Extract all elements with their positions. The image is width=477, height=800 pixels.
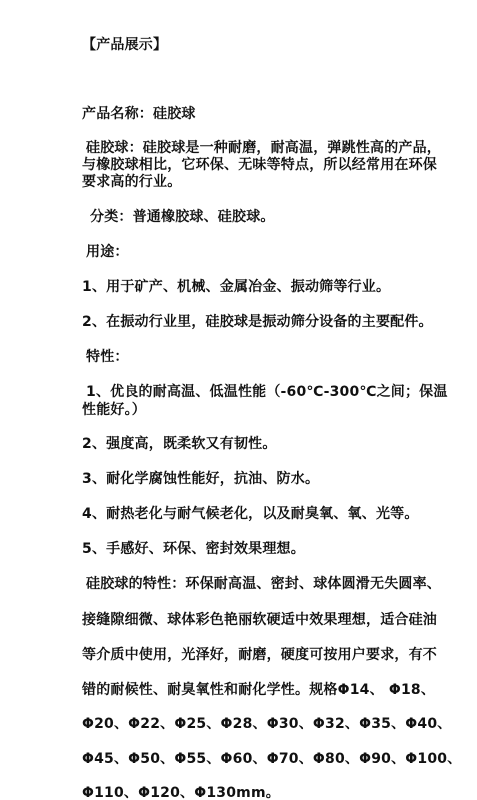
- feature-item: 1、优良的耐高温、低温性能（-60℃-300℃之间；保温: [86, 384, 448, 401]
- feature-item: 性能好。）: [82, 402, 146, 419]
- summary-line: 错的耐候性、耐臭氧性和耐化学性。规格Φ14、 Φ18、: [82, 682, 435, 699]
- summary-line: Φ110、Φ120、Φ130mm。: [82, 785, 280, 800]
- usage-item: 1、用于矿产、机械、金属冶金、振动筛等行业。: [82, 279, 390, 296]
- usage-heading: 用途：: [86, 244, 129, 261]
- summary-line: 接缝隙细微、球体彩色艳丽软硬适中效果理想，适合硅油: [82, 612, 437, 629]
- summary-line: Φ45、Φ50、Φ55、Φ60、Φ70、Φ80、Φ90、Φ100、: [82, 751, 461, 768]
- intro-line: 要求高的行业。: [82, 174, 181, 191]
- feature-item: 2、强度高，既柔软又有韧性。: [82, 436, 277, 453]
- feature-item: 3、耐化学腐蚀性能好，抗油、防水。: [82, 471, 319, 488]
- feature-item: 4、耐热老化与耐气候老化，以及耐臭氧、氧、光等。: [82, 506, 419, 523]
- summary-line: 硅胶球的特性：环保耐高温、密封、球体圆滑无失圆率、: [86, 576, 441, 593]
- category-text: 分类：普通橡胶球、硅胶球。: [90, 209, 275, 226]
- product-name: 产品名称：硅胶球: [82, 106, 196, 123]
- intro-line: 与橡胶球相比，它环保、无味等特点，所以经常用在环保: [82, 157, 437, 174]
- intro-line: 硅胶球：硅胶球是一种耐磨，耐高温，弹跳性高的产品，: [86, 140, 441, 157]
- summary-line: Φ20、Φ22、Φ25、Φ28、Φ30、Φ32、Φ35、Φ40、: [82, 716, 451, 733]
- summary-line: 等介质中使用，光泽好，耐磨，硬度可按用户要求，有不: [82, 647, 437, 664]
- features-heading: 特性：: [86, 349, 129, 366]
- usage-item: 2、在振动行业里，硅胶球是振动筛分设备的主要配件。: [82, 314, 433, 331]
- feature-item: 5、手感好、环保、密封效果理想。: [82, 541, 305, 558]
- section-title: 【产品展示】: [82, 37, 167, 54]
